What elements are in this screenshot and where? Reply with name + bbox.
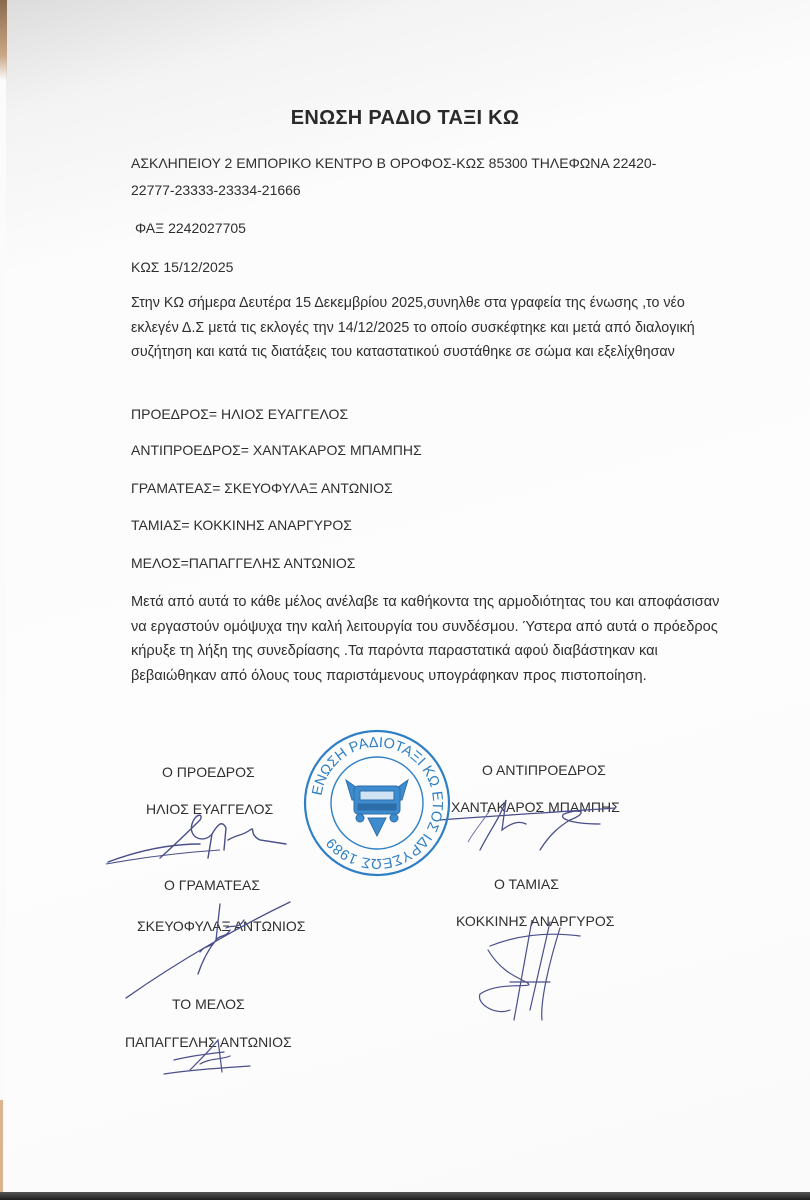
date-line: ΚΩΣ 15/12/2025 — [131, 259, 233, 275]
signature-title-secretary: Ο ΓΡΑΜΑΤΕΑΣ — [164, 877, 260, 893]
signature-name-treasurer: ΚΟΚΚΙΝΗΣ ΑΝΑΡΓΥΡΟΣ — [456, 913, 614, 929]
board-member-vice-president: ΑΝΤΙΠΡΟΕΔΡΟΣ= ΧΑΝΤΑΚΑΡΟΣ ΜΠΑΜΠΗΣ — [131, 442, 422, 458]
board-member-treasurer: ΤΑΜΙΑΣ= ΚΟΚΚΙΝΗΣ ΑΝΑΡΓΥΡΟΣ — [131, 517, 352, 533]
document-title: ΕΝΩΣΗ ΡΑΔΙΟ ΤΑΞΙ ΚΩ — [0, 107, 810, 130]
signature-name-president: ΗΛΙΟΣ ΕΥΑΓΓΕΛΟΣ — [146, 801, 273, 817]
signature-name-vice-president: ΧΑΝΤΑΚΑΡΟΣ ΜΠΑΜΠΗΣ — [451, 799, 620, 815]
signature-title-president: Ο ΠΡΟΕΔΡΟΣ — [162, 764, 255, 780]
taxi-car-icon — [346, 780, 408, 836]
official-stamp-icon: ΕΝΩΣΗ ΡΑΔΙΟΤΑΞΙ ΚΩ ΕΤΟΣ ΙΔΡΥΣΕΩΣ 1989 — [302, 728, 452, 878]
intro-paragraph: Στην ΚΩ σήμερα Δευτέρα 15 Δεκεμβρίου 202… — [131, 291, 731, 365]
board-member-secretary: ΓΡΑΜΑΤΕΑΣ= ΣΚΕΥΟΦΥΛΑΞ ΑΝΤΩΝΙΟΣ — [131, 480, 393, 496]
board-member-member: ΜΕΛΟΣ=ΠΑΠΑΓΓΕΛΗΣ ΑΝΤΩΝΙΟΣ — [131, 555, 355, 571]
page-edge — [0, 1100, 3, 1192]
signature-title-member: ΤΟ ΜΕΛΟΣ — [172, 996, 245, 1012]
closing-paragraph: Μετά από αυτά το κάθε μέλος ανέλαβε τα κ… — [131, 590, 731, 688]
address-line-2: 22777-23333-23334-21666 — [131, 182, 301, 198]
board-member-president: ΠΡΟΕΔΡΟΣ= ΗΛΙΟΣ ΕΥΑΓΓΕΛΟΣ — [131, 406, 348, 422]
page-edge-shadow — [0, 0, 7, 80]
signature-name-secretary: ΣΚΕΥΟΦΥΛΑΞ ΑΝΤΩΝΙΟΣ — [137, 918, 305, 934]
signature-title-treasurer: Ο ΤΑΜΙΑΣ — [494, 876, 559, 892]
fax-number: ΦΑΞ 2242027705 — [135, 220, 246, 236]
address-line-1: ΑΣΚΛΗΠΕΙΟΥ 2 ΕΜΠΟΡΙΚΟ ΚΕΝΤΡΟ Β ΟΡΟΦΟΣ-ΚΩ… — [131, 155, 656, 171]
page-bottom-edge — [0, 1192, 810, 1200]
signature-name-member: ΠΑΠΑΓΓΕΛΗΣ ΑΝΤΩΝΙΟΣ — [125, 1034, 292, 1050]
signature-title-vice-president: Ο ΑΝΤΙΠΡΟΕΔΡΟΣ — [482, 762, 606, 778]
